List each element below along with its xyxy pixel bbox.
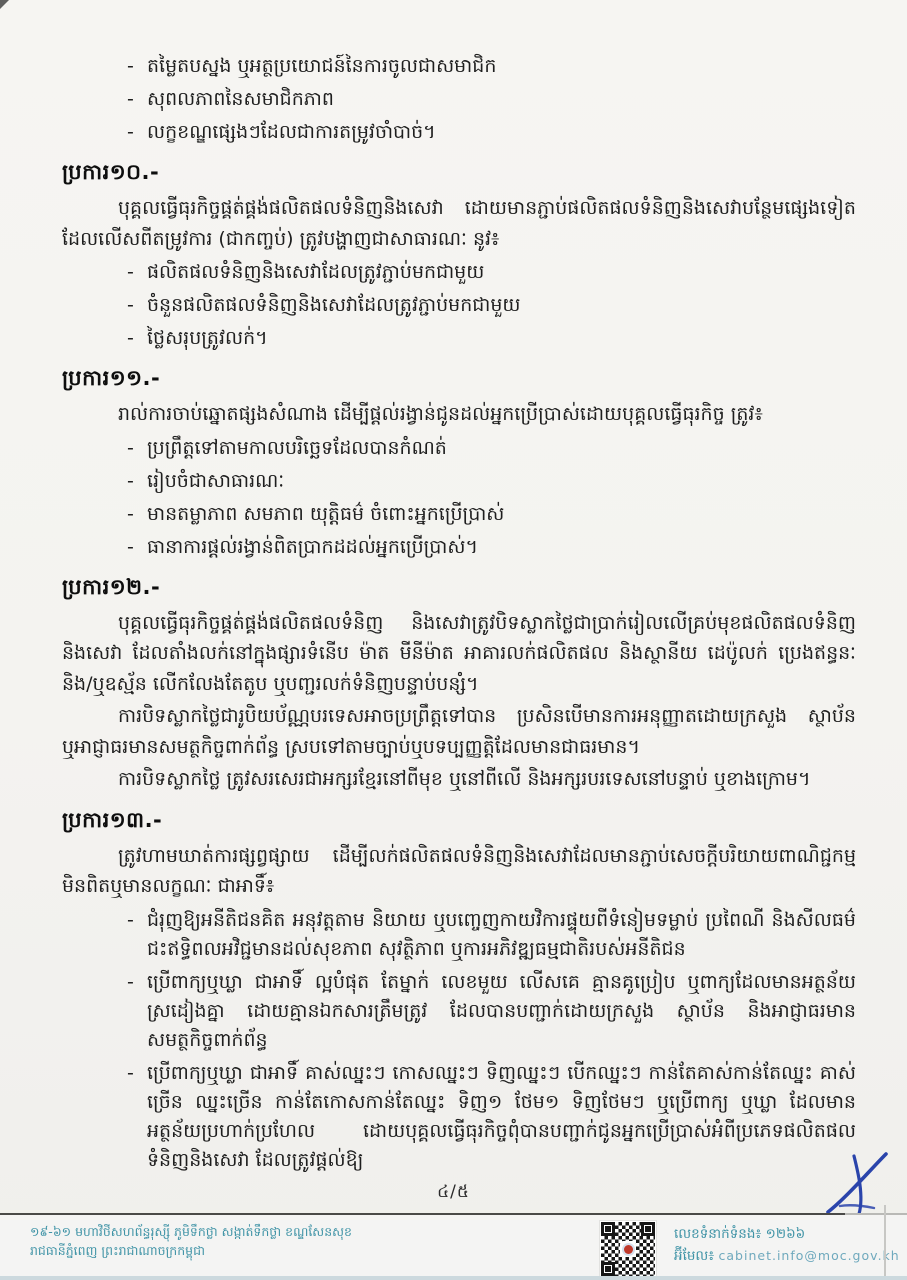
article-10-heading: ប្រការ១០.-: [62, 157, 856, 187]
footer-email-value: cabinet.info@moc.gov.kh: [719, 1248, 900, 1263]
document-footer: ១៩-៦១ មហាវិថីសហព័ន្ធរុស្ស៊ី ភូមិទឹកថ្លា …: [0, 1213, 907, 1280]
list-item: តម្លៃតបស្នង ឬអត្ថប្រយោជន៍នៃការចូលជាសមាជិ…: [125, 52, 856, 81]
article-13-paragraph: ត្រូវហាមឃាត់ការផ្សព្វផ្សាយ ដើម្បីលក់ផលិត…: [62, 841, 856, 902]
footer-contact: លេខទំនាក់ទំនង៖ ១២៦៦ អ៊ីមែល៖ cabinet.info…: [674, 1223, 900, 1267]
qr-finder-icon: [601, 1222, 615, 1236]
article-11-paragraph: រាល់ការចាប់ឆ្នោតផ្សងសំណាង ដើម្បីផ្តល់រង្…: [62, 399, 856, 430]
article-13-heading: ប្រការ១៣.-: [62, 805, 856, 835]
footer-address-line2: រាជធានីភ្នំពេញ ព្រះរាជាណាចក្រកម្ពុជា: [30, 1241, 352, 1260]
footer-divider-light: [845, 1213, 907, 1215]
list-item: លក្ខខណ្ឌផ្សេងៗដែលជាការតម្រូវចាំបាច់។: [125, 118, 856, 147]
list-item: មានតម្លាភាព សមភាព យុត្តិធម៌ ចំពោះអ្នកប្រ…: [125, 500, 856, 529]
article-12-paragraph-1: បុគ្គលធ្វើធុរកិច្ចផ្គត់ផ្គង់ផលិតផលទំនិញ …: [62, 608, 856, 700]
article-10-paragraph: បុគ្គលធ្វើធុរកិច្ចផ្គត់ផ្គង់ផលិតផលទំនិញន…: [62, 193, 856, 254]
list-item: ចំនួនផលិតផលទំនិញនិងសេវាដែលត្រូវភ្ជាប់មកជ…: [125, 291, 856, 320]
article-10-bullet-list: ផលិតផលទំនិញនិងសេវាដែលត្រូវភ្ជាប់មកជាមួយ …: [62, 258, 856, 353]
list-item: ប្រើពាក្យឬឃ្លា ជាអាទិ៍ គាស់ឈ្នះៗ កោសឈ្នះ…: [125, 1059, 856, 1175]
qr-finder-icon: [601, 1262, 615, 1276]
scanned-document-page: តម្លៃតបស្នង ឬអត្ថប្រយោជន៍នៃការចូលជាសមាជិ…: [0, 0, 907, 1280]
document-body: តម្លៃតបស្នង ឬអត្ថប្រយោជន៍នៃការចូលជាសមាជិ…: [62, 0, 856, 1181]
scan-bottom-edge: [0, 1276, 907, 1280]
article-12-heading: ប្រការ១២.-: [62, 572, 856, 602]
list-item: ប្រើពាក្យឬឃ្លា ជាអាទិ៍ ល្អបំផុត តែម្នាក់…: [125, 968, 856, 1055]
list-item: ជំរុញឱ្យអនីតិជនគិត អនុវត្តតាម និយាយ ឬបញ្…: [125, 906, 856, 964]
list-item: រៀបចំជាសាធារណៈ: [125, 467, 856, 496]
article-12-paragraph-2: ការបិទស្លាកថ្លៃជារូបិយប័ណ្ណបរទេសអាចប្រព្…: [62, 701, 856, 762]
scan-edge-artifact: [884, 1205, 886, 1280]
footer-divider: [0, 1213, 845, 1215]
footer-email: អ៊ីមែល៖ cabinet.info@moc.gov.kh: [674, 1245, 900, 1267]
footer-address: ១៩-៦១ មហាវិថីសហព័ន្ធរុស្ស៊ី ភូមិទឹកថ្លា …: [30, 1222, 352, 1260]
footer-email-label: អ៊ីមែល៖: [674, 1248, 714, 1264]
list-item: ថ្លៃសរុបត្រូវលក់។: [125, 324, 856, 353]
qr-finder-icon: [641, 1222, 655, 1236]
list-item: ធានាការផ្តល់រង្វាន់ពិតប្រាកដដល់អ្នកប្រើប…: [125, 533, 856, 562]
list-item: សុពលភាពនៃសមាជិកភាព: [125, 85, 856, 114]
article-11-heading: ប្រការ១១.-: [62, 363, 856, 393]
intro-bullet-list: តម្លៃតបស្នង ឬអត្ថប្រយោជន៍នៃការចូលជាសមាជិ…: [62, 52, 856, 147]
article-12-paragraph-3: ការបិទស្លាកថ្លៃ ត្រូវសរសេរជាអក្សរខ្មែរនៅ…: [62, 764, 856, 795]
page-number: ៤/៥: [0, 1181, 907, 1206]
list-item: ផលិតផលទំនិញនិងសេវាដែលត្រូវភ្ជាប់មកជាមួយ: [125, 258, 856, 287]
list-item: ប្រព្រឹត្តទៅតាមកាលបរិច្ឆេទដែលបានកំណត់: [125, 434, 856, 463]
footer-address-line1: ១៩-៦១ មហាវិថីសហព័ន្ធរុស្ស៊ី ភូមិទឹកថ្លា …: [30, 1222, 352, 1241]
qr-center-logo-icon: [620, 1241, 636, 1257]
footer-phone: លេខទំនាក់ទំនង៖ ១២៦៦: [674, 1223, 900, 1245]
qr-code-icon: [599, 1220, 657, 1278]
scan-corner-artifact: [0, 0, 9, 9]
article-11-bullet-list: ប្រព្រឹត្តទៅតាមកាលបរិច្ឆេទដែលបានកំណត់ រៀ…: [62, 434, 856, 562]
article-13-bullet-list: ជំរុញឱ្យអនីតិជនគិត អនុវត្តតាម និយាយ ឬបញ្…: [62, 906, 856, 1175]
